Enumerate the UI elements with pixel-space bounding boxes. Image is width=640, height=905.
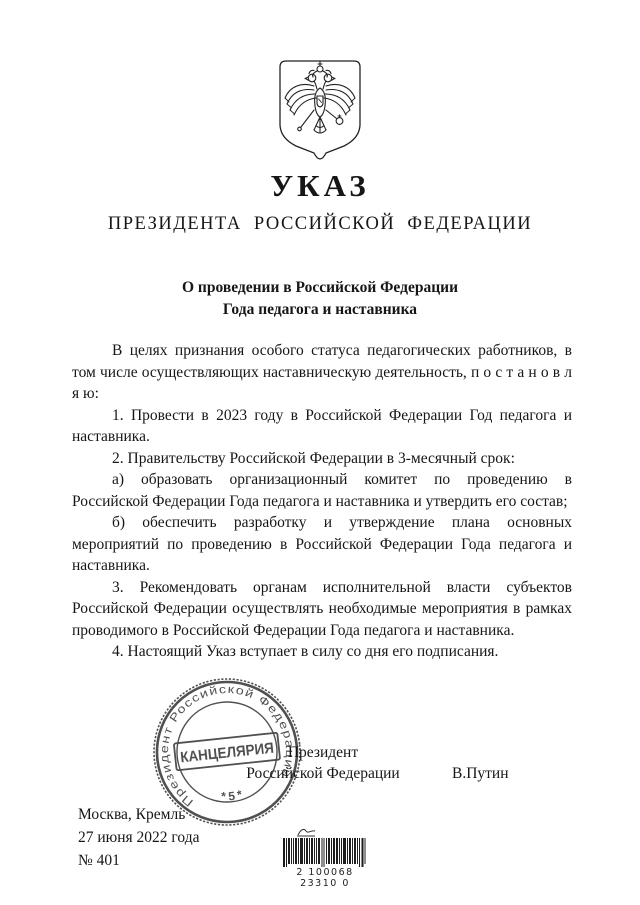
signature-name: В.Путин <box>452 763 509 784</box>
signature-role-line-2: Российской Федерации <box>225 763 421 784</box>
subject-line-1: О проведении в Российской Федерации <box>70 277 570 299</box>
footer-number: № 401 <box>78 849 199 872</box>
paragraph-item-2b: б) обеспечить разработку и утверждение п… <box>72 512 572 577</box>
document-type-title: УКАЗ <box>0 169 640 203</box>
barcode-bars <box>283 838 367 868</box>
barcode: 2 100068 23310 0 <box>283 826 375 889</box>
paragraph-item-3: 3. Рекомендовать органам исполнительной … <box>72 577 572 642</box>
signature-role-line-1: Президент <box>225 742 421 763</box>
footer-place: Москва, Кремль <box>78 803 199 826</box>
document-subject: О проведении в Российской Федерации Года… <box>70 277 570 321</box>
paragraph-preamble: В целях признания особого статуса педаго… <box>72 340 572 405</box>
footer-block: Москва, Кремль 27 июня 2022 года № 401 <box>78 803 199 872</box>
footer-date: 27 июня 2022 года <box>78 826 199 849</box>
barcode-mark-icon <box>295 826 319 838</box>
decree-page: УКАЗ ПРЕЗИДЕНТА РОССИЙСКОЙ ФЕДЕРАЦИИ О п… <box>0 0 640 905</box>
svg-text:* 5 *: * 5 * <box>219 787 244 805</box>
paragraph-item-1: 1. Провести в 2023 году в Российской Фед… <box>72 405 572 448</box>
decree-body: В целях признания особого статуса педаго… <box>72 340 572 663</box>
signature-role: Президент Российской Федерации <box>225 742 421 784</box>
paragraph-item-4: 4. Настоящий Указ вступает в силу со дня… <box>72 641 572 663</box>
subject-line-2: Года педагога и наставника <box>70 299 570 321</box>
russia-coat-of-arms-icon <box>276 58 364 160</box>
paragraph-item-2a: а) образовать организационный комитет по… <box>72 469 572 512</box>
document-issuer-title: ПРЕЗИДЕНТА РОССИЙСКОЙ ФЕДЕРАЦИИ <box>0 212 640 236</box>
stamp-number-text: * 5 * <box>219 787 244 805</box>
paragraph-item-2: 2. Правительству Российской Федерации в … <box>72 448 572 470</box>
barcode-digits: 2 100068 23310 0 <box>283 867 367 889</box>
